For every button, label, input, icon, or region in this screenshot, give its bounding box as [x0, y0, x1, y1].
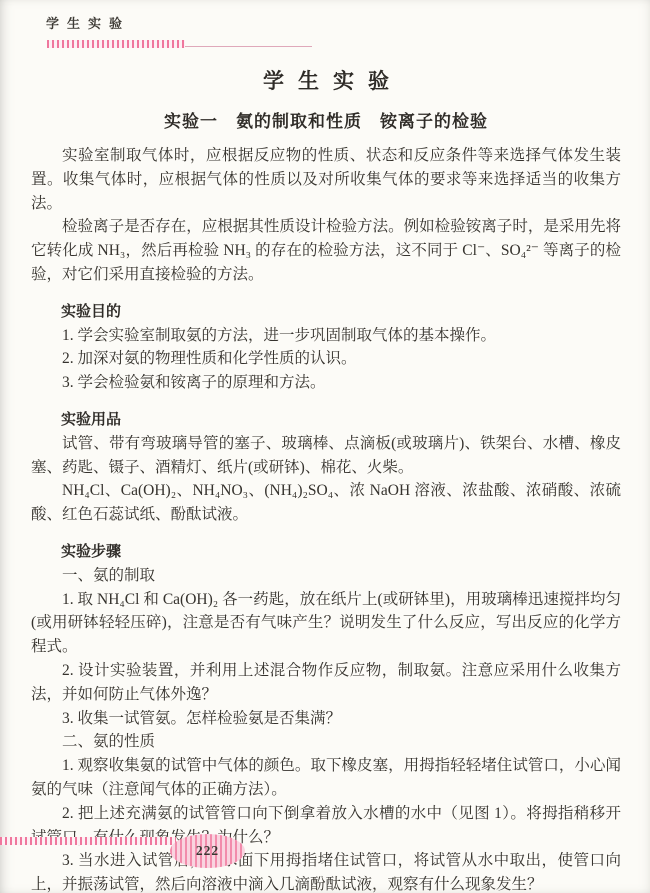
intro-paragraph: 实验室制取气体时，应根据反应物的性质、状态和反应条件等来选择气体发生装置。收集气… — [31, 144, 621, 215]
running-header: 学生实验 — [46, 13, 130, 32]
steps-item: 1. 取 NH₄Cl 和 Ca(OH)₂ 各一药匙，放在纸片上(或研钵里)，用玻… — [31, 588, 621, 659]
steps-item: 1. 观察收集氨的试管中气体的颜色。取下橡皮塞，用拇指轻轻堵住试管口，小心闻氨的… — [31, 754, 621, 802]
section-heading-purpose: 实验目的 — [31, 300, 621, 324]
page-content: 学生实验 实验一 氨的制取和性质 铵离子的检验 实验室制取气体时，应根据反应物的… — [31, 60, 621, 893]
purpose-item: 1. 学会实验室制取氨的方法，进一步巩固制取气体的基本操作。 — [31, 324, 621, 348]
page-number: 222 — [196, 843, 219, 859]
purpose-item: 3. 学会检验氨和铵离子的原理和方法。 — [31, 371, 621, 395]
page-number-badge: 222 — [170, 834, 245, 868]
experiment-title: 实验一 氨的制取和性质 铵离子的检验 — [31, 111, 621, 133]
supplies-paragraph: 试管、带有弯玻璃导管的塞子、玻璃棒、点滴板(或玻璃片)、铁架台、水槽、橡皮塞、药… — [31, 432, 621, 480]
supplies-paragraph: NH₄Cl、Ca(OH)₂、NH₄NO₃、(NH₄)₂SO₄、浓 NaOH 溶液… — [31, 479, 621, 527]
section-heading-supplies: 实验用品 — [31, 408, 621, 432]
steps-subheading-preparation: 一、氨的制取 — [31, 564, 621, 588]
intro-paragraph: 检验离子是否存在，应根据其性质设计检验方法。例如检验铵离子时，是采用先将它转化成… — [31, 215, 621, 286]
steps-item: 3. 当水进入试管后，在水面下用拇指堵住试管口，将试管从水中取出，使管口向上，并… — [31, 849, 621, 893]
steps-item: 2. 设计实验装置，并利用上述混合物作反应物，制取氨。注意应采用什么收集方法，并… — [31, 659, 621, 707]
footer-accent-band — [0, 837, 176, 845]
purpose-item: 2. 加深对氨的物理性质和化学性质的认识。 — [31, 347, 621, 371]
page-title: 学生实验 — [31, 68, 621, 94]
section-heading-steps: 实验步骤 — [31, 540, 621, 564]
textbook-page: 学生实验 学生实验 实验一 氨的制取和性质 铵离子的检验 实验室制取气体时，应根… — [0, 0, 650, 893]
header-accent-band — [47, 40, 185, 48]
steps-item: 3. 收集一试管氨。怎样检验氨是否集满？ — [31, 707, 621, 731]
header-accent-line — [185, 46, 312, 47]
steps-subheading-properties: 二、氨的性质 — [31, 730, 621, 754]
